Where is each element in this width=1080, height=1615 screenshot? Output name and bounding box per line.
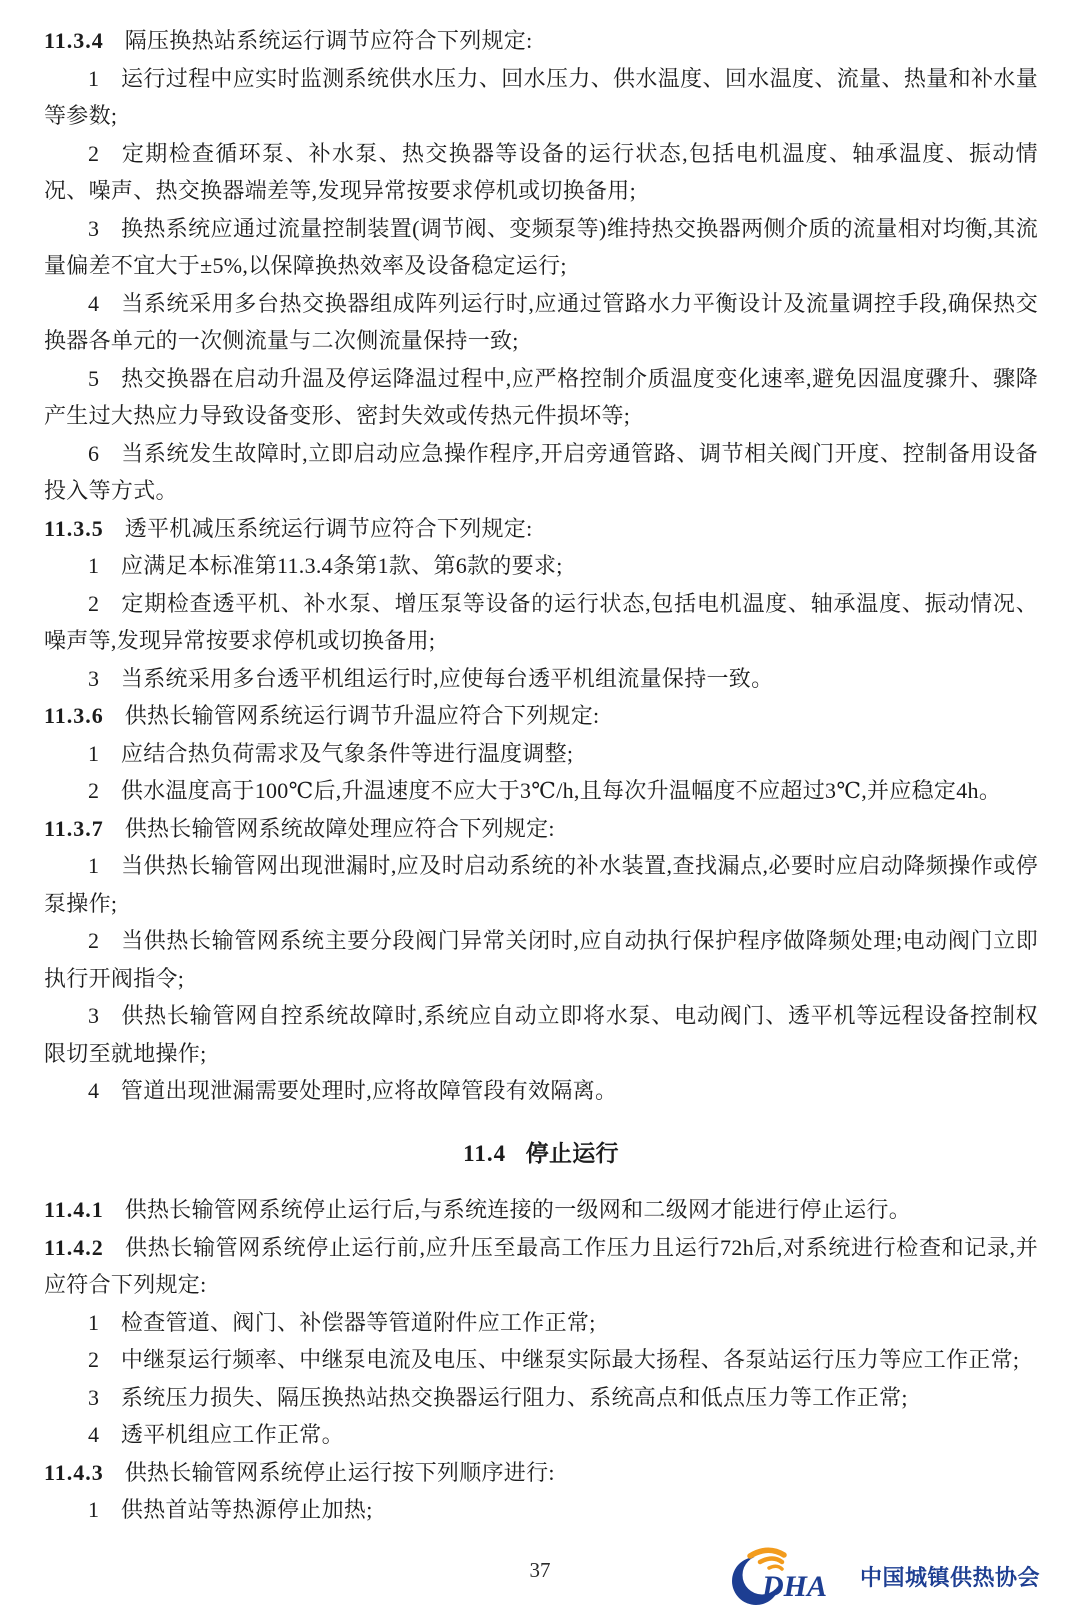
paragraph: 11.3.7供热长输管网系统故障处理应符合下列规定: [44, 810, 1038, 848]
paragraph: 1应满足本标准第11.3.4条第1款、第6款的要求; [44, 547, 1038, 585]
paragraph-text: 供水温度高于100℃后,升温速度不应大于3℃/h,且每次升温幅度不应超过3℃,并… [121, 778, 1001, 803]
paragraph-text: 供热长输管网系统运行调节升温应符合下列规定: [125, 703, 600, 728]
paragraph-text: 中继泵运行频率、中继泵电流及电压、中继泵实际最大扬程、各泵站运行压力等应工作正常… [121, 1347, 1019, 1372]
paragraph: 3换热系统应通过流量控制装置(调节阀、变频泵等)维持热交换器两侧介质的流量相对均… [44, 210, 1038, 285]
paragraph-text: 停止运行 [526, 1141, 619, 1166]
paragraph: 2供水温度高于100℃后,升温速度不应大于3℃/h,且每次升温幅度不应超过3℃,… [44, 772, 1038, 810]
paragraph-text: 供热长输管网系统停止运行前,应升压至最高工作压力且运行72h后,对系统进行检查和… [44, 1235, 1038, 1298]
paragraph-number: 2 [88, 591, 100, 616]
paragraph: 4当系统采用多台热交换器组成阵列运行时,应通过管路水力平衡设计及流量调控手段,确… [44, 285, 1038, 360]
paragraph-number: 1 [88, 553, 100, 578]
paragraph-text: 定期检查循环泵、补水泵、热交换器等设备的运行状态,包括电机温度、轴承温度、振动情… [44, 141, 1038, 204]
paragraph-number: 1 [88, 66, 100, 91]
paragraph: 11.4停止运行 [44, 1135, 1038, 1173]
paragraph-text: 定期检查透平机、补水泵、增压泵等设备的运行状态,包括电机温度、轴承温度、振动情况… [44, 591, 1038, 654]
paragraph-number: 2 [88, 778, 100, 803]
paragraph: 11.3.4隔压换热站系统运行调节应符合下列规定: [44, 22, 1038, 60]
paragraph: 1检查管道、阀门、补偿器等管道附件应工作正常; [44, 1304, 1038, 1342]
paragraph-number: 11.3.5 [44, 516, 104, 541]
paragraph-number: 11.4.2 [44, 1235, 104, 1260]
paragraph: 6当系统发生故障时,立即启动应急操作程序,开启旁通管路、调节相关阀门开度、控制备… [44, 435, 1038, 510]
paragraph-text: 供热长输管网自控系统故障时,系统应自动立即将水泵、电动阀门、透平机等远程设备控制… [44, 1003, 1038, 1066]
paragraph-number: 1 [88, 1310, 100, 1335]
paragraph: 2中继泵运行频率、中继泵电流及电压、中继泵实际最大扬程、各泵站运行压力等应工作正… [44, 1341, 1038, 1379]
paragraph-text: 供热长输管网系统停止运行后,与系统连接的一级网和二级网才能进行停止运行。 [125, 1197, 911, 1222]
document-body: 11.3.4隔压换热站系统运行调节应符合下列规定:1运行过程中应实时监测系统供水… [44, 22, 1038, 1529]
paragraph-text: 隔压换热站系统运行调节应符合下列规定: [125, 28, 533, 53]
paragraph-text: 供热长输管网系统故障处理应符合下列规定: [125, 816, 555, 841]
paragraph-text: 应满足本标准第11.3.4条第1款、第6款的要求; [121, 553, 563, 578]
paragraph: 4管道出现泄漏需要处理时,应将故障管段有效隔离。 [44, 1072, 1038, 1110]
paragraph-text: 透平机组应工作正常。 [121, 1422, 344, 1447]
paragraph-number: 4 [88, 1422, 100, 1447]
paragraph: 11.4.1供热长输管网系统停止运行后,与系统连接的一级网和二级网才能进行停止运… [44, 1191, 1038, 1229]
paragraph: 2当供热长输管网系统主要分段阀门异常关闭时,应自动执行保护程序做降频处理;电动阀… [44, 922, 1038, 997]
paragraph: 5热交换器在启动升温及停运降温过程中,应严格控制介质温度变化速率,避免因温度骤升… [44, 360, 1038, 435]
logo-abbr-text: DHA [761, 1570, 827, 1603]
paragraph: 3供热长输管网自控系统故障时,系统应自动立即将水泵、电动阀门、透平机等远程设备控… [44, 997, 1038, 1072]
paragraph-number: 3 [88, 666, 100, 691]
paragraph: 4透平机组应工作正常。 [44, 1416, 1038, 1454]
paragraph-text: 当系统发生故障时,立即启动应急操作程序,开启旁通管路、调节相关阀门开度、控制备用… [44, 441, 1038, 504]
association-name: 中国城镇供热协会 [860, 1561, 1040, 1592]
paragraph-text: 检查管道、阀门、补偿器等管道附件应工作正常; [121, 1310, 596, 1335]
paragraph-text: 当系统采用多台热交换器组成阵列运行时,应通过管路水力平衡设计及流量调控手段,确保… [44, 291, 1038, 354]
paragraph-number: 11.4 [463, 1141, 506, 1166]
paragraph-text: 供热首站等热源停止加热; [121, 1497, 373, 1522]
paragraph-number: 5 [88, 366, 100, 391]
paragraph: 11.4.2供热长输管网系统停止运行前,应升压至最高工作压力且运行72h后,对系… [44, 1229, 1038, 1304]
paragraph: 1当供热长输管网出现泄漏时,应及时启动系统的补水装置,查找漏点,必要时应启动降频… [44, 847, 1038, 922]
paragraph-number: 6 [88, 441, 100, 466]
paragraph-number: 11.4.1 [44, 1197, 104, 1222]
paragraph: 2定期检查循环泵、补水泵、热交换器等设备的运行状态,包括电机温度、轴承温度、振动… [44, 135, 1038, 210]
paragraph: 2定期检查透平机、补水泵、增压泵等设备的运行状态,包括电机温度、轴承温度、振动情… [44, 585, 1038, 660]
paragraph-number: 2 [88, 141, 100, 166]
paragraph-number: 3 [88, 1003, 100, 1028]
paragraph-number: 11.4.3 [44, 1460, 104, 1485]
paragraph-number: 4 [88, 291, 100, 316]
paragraph-text: 管道出现泄漏需要处理时,应将故障管段有效隔离。 [121, 1078, 617, 1103]
paragraph-number: 3 [88, 1385, 100, 1410]
paragraph-text: 当供热长输管网系统主要分段阀门异常关闭时,应自动执行保护程序做降频处理;电动阀门… [44, 928, 1038, 991]
paragraph-number: 11.3.7 [44, 816, 104, 841]
paragraph-text: 应结合热负荷需求及气象条件等进行温度调整; [121, 741, 573, 766]
paragraph: 3当系统采用多台透平机组运行时,应使每台透平机组流量保持一致。 [44, 660, 1038, 698]
paragraph-number: 11.3.6 [44, 703, 104, 728]
paragraph: 3系统压力损失、隔压换热站热交换器运行阻力、系统高点和低点压力等工作正常; [44, 1379, 1038, 1417]
paragraph-number: 2 [88, 928, 100, 953]
paragraph-text: 热交换器在启动升温及停运降温过程中,应严格控制介质温度变化速率,避免因温度骤升、… [44, 366, 1038, 429]
paragraph: 1运行过程中应实时监测系统供水压力、回水压力、供水温度、回水温度、流量、热量和补… [44, 60, 1038, 135]
paragraph: 1供热首站等热源停止加热; [44, 1491, 1038, 1529]
paragraph-text: 换热系统应通过流量控制装置(调节阀、变频泵等)维持热交换器两侧介质的流量相对均衡… [44, 216, 1038, 279]
paragraph-number: 1 [88, 1497, 100, 1522]
paragraph-number: 1 [88, 853, 100, 878]
paragraph: 11.3.5透平机减压系统运行调节应符合下列规定: [44, 510, 1038, 548]
paragraph-text: 当供热长输管网出现泄漏时,应及时启动系统的补水装置,查找漏点,必要时应启动降频操… [44, 853, 1038, 916]
paragraph-text: 供热长输管网系统停止运行按下列顺序进行: [125, 1460, 555, 1485]
paragraph: 11.4.3供热长输管网系统停止运行按下列顺序进行: [44, 1454, 1038, 1492]
paragraph-number: 4 [88, 1078, 100, 1103]
association-logo: DHA 中国城镇供热协会 [726, 1543, 1040, 1609]
document-page: 11.3.4隔压换热站系统运行调节应符合下列规定:1运行过程中应实时监测系统供水… [0, 0, 1080, 1615]
cdha-emblem-icon: DHA [726, 1544, 854, 1608]
paragraph-text: 当系统采用多台透平机组运行时,应使每台透平机组流量保持一致。 [121, 666, 774, 691]
paragraph-number: 3 [88, 216, 100, 241]
paragraph-text: 系统压力损失、隔压换热站热交换器运行阻力、系统高点和低点压力等工作正常; [121, 1385, 908, 1410]
paragraph-text: 运行过程中应实时监测系统供水压力、回水压力、供水温度、回水温度、流量、热量和补水… [44, 66, 1038, 129]
paragraph-number: 11.3.4 [44, 28, 104, 53]
paragraph: 1应结合热负荷需求及气象条件等进行温度调整; [44, 735, 1038, 773]
paragraph-number: 1 [88, 741, 100, 766]
paragraph: 11.3.6供热长输管网系统运行调节升温应符合下列规定: [44, 697, 1038, 735]
paragraph-number: 2 [88, 1347, 100, 1372]
paragraph-text: 透平机减压系统运行调节应符合下列规定: [125, 516, 533, 541]
